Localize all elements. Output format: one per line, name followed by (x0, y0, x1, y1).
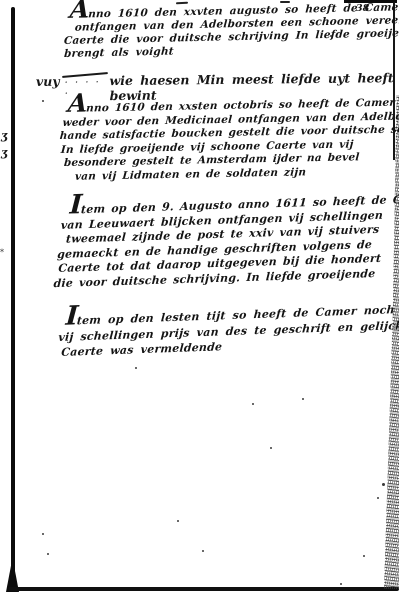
ink-speck (302, 398, 304, 400)
margin-asterisk-mark: * (0, 248, 4, 257)
margin-mark: ʒ (1, 129, 7, 142)
ink-speck (330, 35, 332, 37)
catchword: vuy (36, 74, 60, 89)
ink-speck (252, 403, 254, 405)
ink-speck (280, 1, 290, 3)
ink-speck (42, 100, 44, 102)
manuscript-page: 38 ʒ ʒ * Anno 1610 den xxvten augusto so… (0, 0, 399, 600)
bottom-border-rule (8, 587, 399, 591)
manuscript-entry-4: Item op den lesten tijt so heeft de Came… (55, 300, 399, 361)
ink-speck (270, 447, 272, 449)
ink-speck (363, 555, 365, 557)
manuscript-entry-2: Anno 1610 den xxsten octobris so heeft d… (56, 95, 399, 184)
ink-speck (340, 583, 342, 585)
ink-speck (176, 2, 188, 5)
ink-speck (177, 520, 179, 522)
manuscript-entry-1: Anno 1610 den xxvten augusto so heeft de… (59, 0, 399, 61)
ink-speck (135, 367, 137, 369)
ink-speck (377, 497, 379, 499)
manuscript-entry-3: Item op den 9. Augusto anno 1611 so heef… (50, 192, 399, 291)
ink-speck (382, 483, 385, 486)
ink-speck (47, 553, 49, 555)
ink-speck (42, 533, 44, 535)
left-border-rule (11, 7, 15, 590)
margin-mark: ʒ (1, 146, 7, 159)
ink-speck (202, 550, 204, 552)
